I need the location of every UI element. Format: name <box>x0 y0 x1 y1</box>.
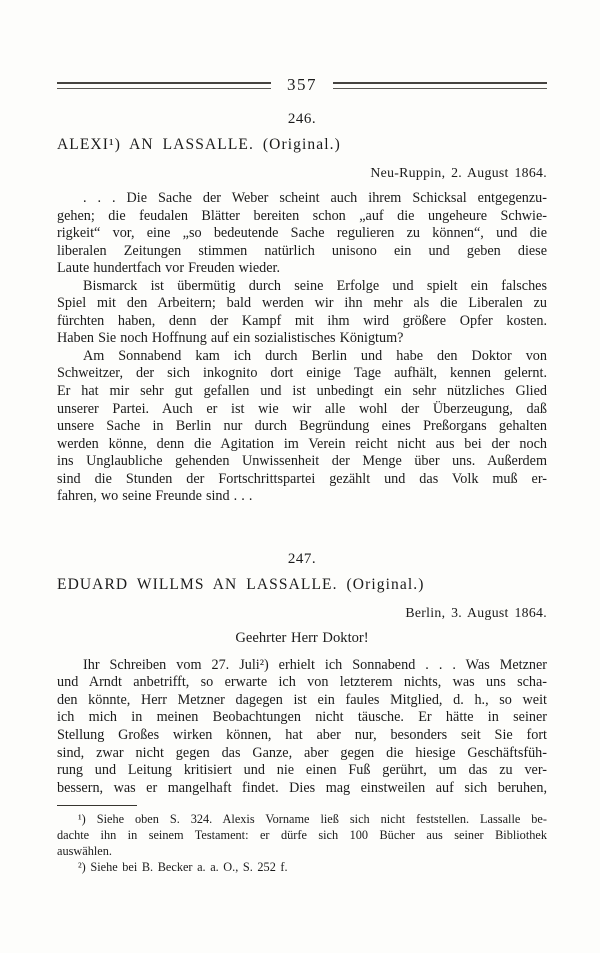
text-line: Stellung Großes wirken können, hat aber … <box>57 727 547 745</box>
page-number: 357 <box>271 76 333 93</box>
paragraph: Bismarck ist übermütig durch seine Erfol… <box>57 278 547 348</box>
book-page: 357 246. ALEXI¹) AN LASSALLE. (Original.… <box>0 0 600 953</box>
footnotes: ¹) Siehe oben S. 324. Alexis Vorname lie… <box>57 811 547 875</box>
text-line: rung und Leitung kritisiert und nie eine… <box>57 762 547 780</box>
text-line: ¹) Siehe oben S. 324. Alexis Vorname lie… <box>57 811 547 827</box>
text-line: ins Unglaubliche gehenden Unwissenheit d… <box>57 453 547 471</box>
text-line: werden könne, denn die Agitation im Vere… <box>57 436 547 454</box>
text-line: sind die Stunden der Fortschrittspartei … <box>57 471 547 489</box>
paragraph: Ihr Schreiben vom 27. Juli²) erhielt ich… <box>57 657 547 797</box>
footnote: ²) Siehe bei B. Becker a. a. O., S. 252 … <box>57 859 547 875</box>
text-line: und Arndt anbetrifft, so erwarte ich von… <box>57 674 547 692</box>
text-line: auswählen. <box>57 843 547 859</box>
text-line: unsere Sache in Berlin nur durch Begründ… <box>57 418 547 436</box>
text-line: Haben Sie noch Hoffnung auf ein sozialis… <box>57 330 547 348</box>
letter-246: 246. ALEXI¹) AN LASSALLE. (Original.) Ne… <box>57 111 547 506</box>
text-line: rigkeit“ vor, eine „so bedeutende Sache … <box>57 225 547 243</box>
text-line: Er hat mir sehr gut gefallen und ist unb… <box>57 383 547 401</box>
text-line: Schweitzer, der sich inkognito dort eini… <box>57 365 547 383</box>
text-line: liberalen Zeitungen stimmen natürlich un… <box>57 243 547 261</box>
text-line: unserer Partei. Auch er ist wie wir alle… <box>57 401 547 419</box>
text-line: ²) Siehe bei B. Becker a. a. O., S. 252 … <box>57 859 547 875</box>
text-line: fürchten haben, denn der Kampf mit ihm w… <box>57 313 547 331</box>
footnote: ¹) Siehe oben S. 324. Alexis Vorname lie… <box>57 811 547 859</box>
letter-dateline: Neu-Ruppin, 2. August 1864. <box>57 165 547 181</box>
letter-body: Ihr Schreiben vom 27. Juli²) erhielt ich… <box>57 657 547 797</box>
text-line: Am Sonnabend kam ich durch Berlin und ha… <box>57 348 547 366</box>
footnote-separator <box>57 805 137 806</box>
text-line: Spiel mit den Arbeitern; bald werden wir… <box>57 295 547 313</box>
letter-body: . . . Die Sache der Weber scheint auch i… <box>57 190 547 506</box>
text-line: Bismarck ist übermütig durch seine Erfol… <box>57 278 547 296</box>
head-rule-left <box>57 82 271 89</box>
paragraph: . . . Die Sache der Weber scheint auch i… <box>57 190 547 278</box>
paragraph: Am Sonnabend kam ich durch Berlin und ha… <box>57 348 547 506</box>
text-line: dachte ihn in seinem Testament: er dürfe… <box>57 827 547 843</box>
letter-number: 247. <box>57 551 547 568</box>
text-line: . . . Die Sache der Weber scheint auch i… <box>57 190 547 208</box>
text-line: fahren, wo seine Freunde sind . . . <box>57 488 547 506</box>
text-line: gehen; die feudalen Blätter bereiten sch… <box>57 208 547 226</box>
text-line: bessern, was er mangelhaft findet. Dies … <box>57 780 547 798</box>
text-line: ich mich in meinen Beobachtungen nicht t… <box>57 709 547 727</box>
letter-heading: EDUARD WILLMS AN LASSALLE. (Original.) <box>57 576 547 594</box>
running-head: 357 <box>57 77 547 94</box>
text-line: sind, zwar nicht gegen das Ganze, aber g… <box>57 745 547 763</box>
letter-salutation: Geehrter Herr Doktor! <box>57 630 547 647</box>
text-line: Ihr Schreiben vom 27. Juli²) erhielt ich… <box>57 657 547 675</box>
head-rule-right <box>333 82 547 89</box>
text-line: den könnte, Herr Metzner dagegen ist ein… <box>57 692 547 710</box>
letter-dateline: Berlin, 3. August 1864. <box>57 605 547 621</box>
letter-247: 247. EDUARD WILLMS AN LASSALLE. (Origina… <box>57 551 547 797</box>
letter-number: 246. <box>57 111 547 128</box>
page-content: 357 246. ALEXI¹) AN LASSALLE. (Original.… <box>57 77 547 875</box>
letter-heading: ALEXI¹) AN LASSALLE. (Original.) <box>57 136 547 154</box>
text-line: Laute hundertfach vor Freuden wieder. <box>57 260 547 278</box>
